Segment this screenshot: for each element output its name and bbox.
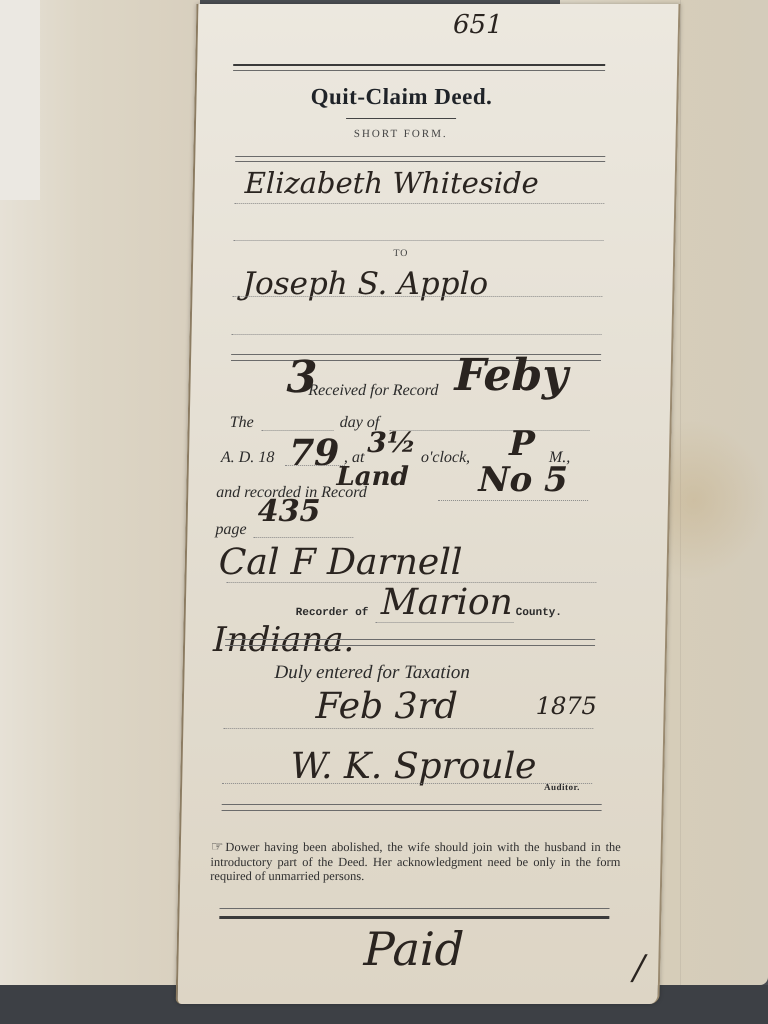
duly-entered-for-taxation-label: Duly entered for Taxation: [274, 662, 470, 684]
form-title: Quit-Claim Deed.: [236, 84, 567, 110]
dower-notice: ☞Dower having been abolished, the wife s…: [210, 840, 621, 883]
recorded-time-value: 3½: [367, 426, 416, 459]
quit-claim-deed-form: 651 Quit-Claim Deed. SHORT FORM. Elizabe…: [176, 4, 681, 1004]
footer-rule-thick: [219, 916, 609, 919]
recorded-day-value: 3: [286, 352, 318, 403]
county-value: Marion: [381, 582, 514, 623]
recorded-year-value: 79: [289, 432, 340, 474]
state-value: Indiana.: [213, 620, 355, 660]
pointing-hand-icon: ☞: [211, 840, 224, 855]
taxation-top-rule-2: [225, 645, 595, 646]
grantor-top-rule: [235, 156, 605, 157]
grantor-name: Elizabeth Whiteside: [244, 166, 539, 200]
paid-annotation: Paid: [363, 922, 465, 976]
recorder-signature: Cal F Darnell: [218, 542, 462, 583]
month-line: [390, 430, 590, 431]
anno-domini-label: A. D. 18: [221, 449, 275, 467]
recorded-month-value: Feby: [454, 350, 568, 401]
tick-mark: /: [633, 948, 645, 988]
header-rule-bottom: [233, 70, 605, 71]
grantee-line: [232, 296, 602, 297]
torn-paper-edge: [0, 0, 40, 200]
notice-top-rule-2: [222, 810, 602, 811]
document-number: 651: [453, 10, 503, 40]
taxation-top-rule: [225, 639, 595, 640]
auditor-label: Auditor.: [544, 782, 580, 792]
the-label: The: [230, 414, 254, 432]
grantor-top-rule-2: [235, 161, 605, 162]
grantor-line: [234, 203, 604, 204]
footer-rule: [220, 908, 610, 909]
grantee-line-2: [232, 334, 602, 335]
county-label: County.: [516, 607, 562, 619]
notice-text: Dower having been abolished, the wife sh…: [210, 840, 621, 883]
taxation-date-line: [223, 728, 593, 729]
record-number-value: No 5: [478, 460, 568, 500]
auditor-signature-line: [222, 783, 592, 784]
header-rule-top: [233, 64, 605, 66]
page-label: page: [215, 521, 246, 539]
day-line: [262, 430, 334, 431]
auditor-signature: W. K. Sproule: [290, 746, 537, 787]
title-ornament-rule: [346, 118, 456, 119]
outer-paper-left-panel: [0, 0, 200, 1024]
record-type-value: Land: [336, 462, 409, 492]
page-value: 435: [257, 494, 320, 529]
form-subtitle: SHORT FORM.: [236, 128, 566, 140]
county-line: [376, 622, 514, 623]
taxation-date-value: Feb 3rd: [315, 686, 458, 727]
to-label: TO: [393, 248, 408, 259]
blank-line: [234, 240, 604, 241]
oclock-label: o'clock,: [421, 449, 471, 467]
page-line: [253, 537, 353, 538]
notice-top-rule: [222, 804, 602, 805]
received-for-record-label: Received for Record: [308, 382, 438, 400]
meridiem-value: P: [509, 424, 535, 464]
record-line: [438, 500, 588, 501]
recorder-of-label: Recorder of: [296, 607, 369, 619]
taxation-year-value: 1875: [535, 692, 597, 720]
